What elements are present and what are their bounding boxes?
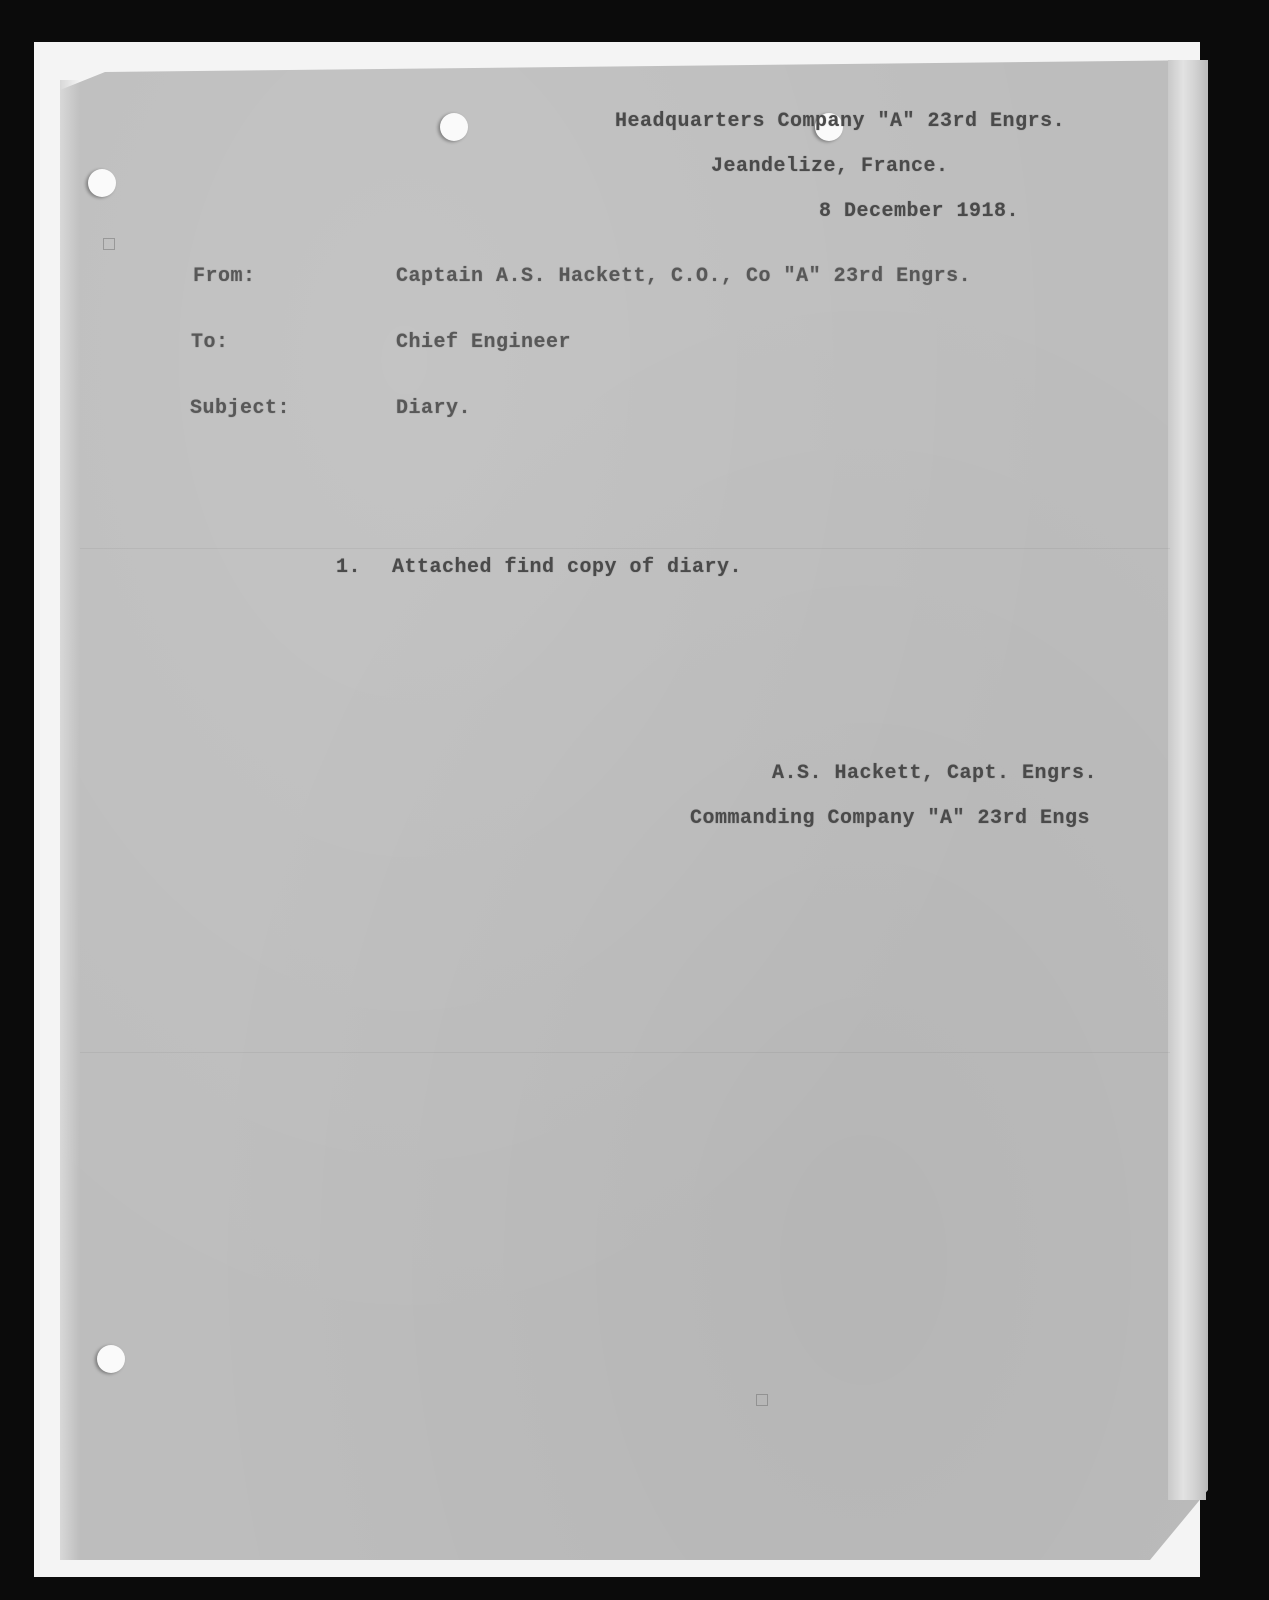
scan-mark [103, 238, 115, 250]
fold-line [80, 1052, 1170, 1053]
heading-date: 8 December 1918. [819, 200, 1019, 223]
fold-line [80, 548, 1170, 549]
punch-hole [97, 1345, 125, 1373]
to-label: To: [191, 331, 229, 354]
heading-location: Jeandelize, France. [711, 155, 949, 178]
from-label: From: [193, 265, 256, 288]
punch-hole [440, 113, 468, 141]
paper-right-curl [1168, 60, 1206, 1500]
scan-mark [756, 1394, 768, 1406]
to-value: Chief Engineer [396, 331, 571, 354]
punch-hole [88, 169, 116, 197]
paragraph-number: 1. [336, 556, 361, 579]
signature-name: A.S. Hackett, Capt. Engrs. [772, 762, 1097, 785]
paper-left-edge [60, 80, 80, 1560]
signature-title: Commanding Company "A" 23rd Engs [690, 807, 1090, 830]
subject-label: Subject: [190, 397, 290, 420]
from-value: Captain A.S. Hackett, C.O., Co "A" 23rd … [396, 265, 971, 288]
heading-organization: Headquarters Company "A" 23rd Engrs. [615, 110, 1065, 133]
subject-value: Diary. [396, 397, 471, 420]
scanned-page: Headquarters Company "A" 23rd Engrs. Jea… [0, 0, 1269, 1600]
paragraph-text: Attached find copy of diary. [392, 556, 742, 579]
